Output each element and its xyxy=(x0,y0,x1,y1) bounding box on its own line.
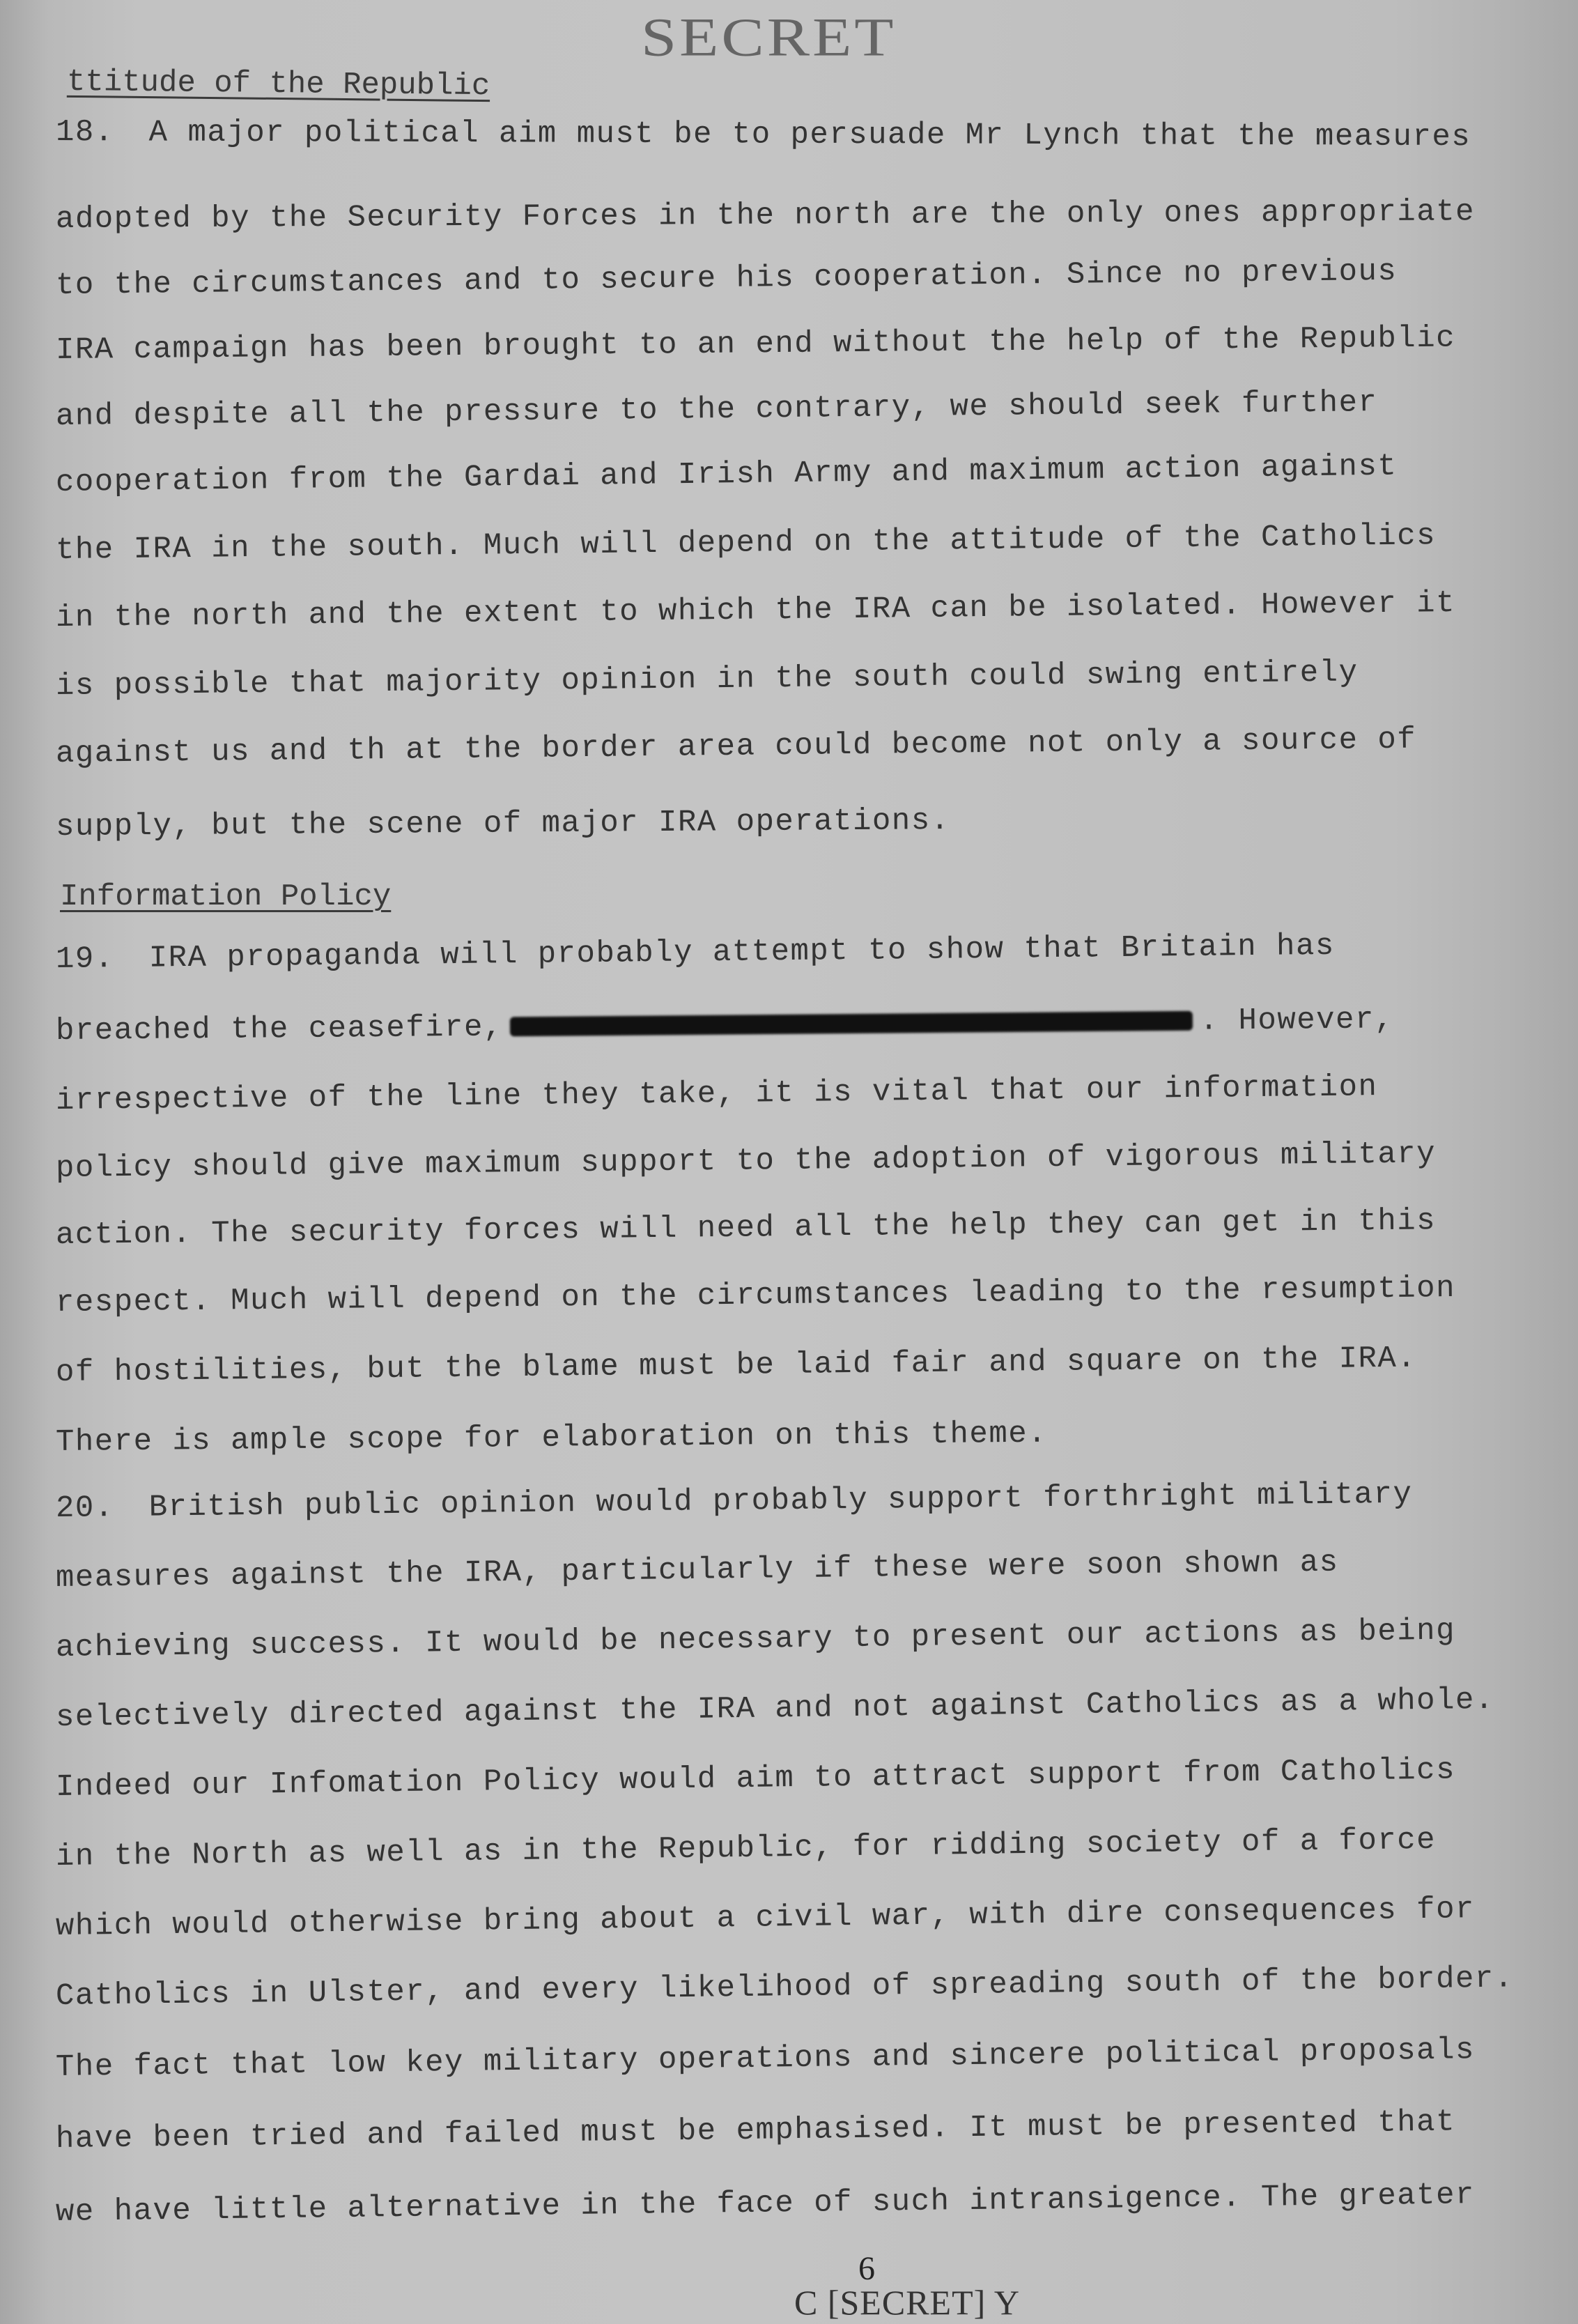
paragraph-18-line-4: IRA campaign has been brought to an end … xyxy=(56,321,1455,368)
paragraph-20-line-1: 20.British public opinion would probably… xyxy=(56,1477,1413,1526)
paragraph-20-line-6: in the North as well as in the Republic,… xyxy=(56,1823,1437,1875)
paragraph-19-line-3: irrespective of the line they take, it i… xyxy=(56,1070,1378,1118)
paragraph-19-line-7: of hostilities, but the blame must be la… xyxy=(56,1341,1417,1390)
paragraph-20-line-3: achieving success. It would be necessary… xyxy=(56,1613,1456,1665)
paragraph-18-line-9: is possible that majority opinion in the… xyxy=(56,655,1359,704)
paragraph-20-line-4: selectively directed against the IRA and… xyxy=(56,1683,1494,1735)
paragraph-19-line-2: breached the ceasefire,. However, xyxy=(56,1002,1394,1049)
classification-stamp-bottom: C [SECRET] Y xyxy=(794,2282,1020,2323)
paragraph-number: 18. xyxy=(56,115,114,150)
paragraph-20-line-11: we have little alternative in the face o… xyxy=(56,2178,1475,2230)
paragraph-18-line-8: in the north and the extent to which the… xyxy=(56,586,1456,636)
section-heading-information-policy: Information Policy xyxy=(60,879,391,914)
paragraph-20-line-2: measures against the IRA, particularly i… xyxy=(56,1546,1339,1596)
paragraph-18-line-1: 18.A major political aim must be to pers… xyxy=(56,115,1471,155)
paragraph-18-line-11: supply, but the scene of major IRA opera… xyxy=(56,803,950,845)
paragraph-20-line-9: The fact that low key military operation… xyxy=(56,2033,1475,2085)
document-page: SECRET ttitude of the Republic 18.A majo… xyxy=(0,0,1578,2324)
paragraph-18-line-2: adopted by the Security Forces in the no… xyxy=(56,194,1475,237)
paragraph-18-line-3: to the circumstances and to secure his c… xyxy=(56,254,1398,303)
paragraph-20-line-7: which would otherwise bring about a civi… xyxy=(56,1892,1475,1944)
paragraph-19-line-4: policy should give maximum support to th… xyxy=(56,1137,1437,1186)
paragraph-19-line-6: respect. Much will depend on the circums… xyxy=(56,1271,1456,1321)
redaction-bar xyxy=(510,1011,1193,1037)
paragraph-number: 20. xyxy=(56,1491,114,1526)
paragraph-19-line-1: 19.IRA propaganda will probably attempt … xyxy=(56,929,1335,977)
paragraph-18-line-10: against us and th at the border area cou… xyxy=(56,723,1417,771)
paragraph-19-line-5: action. The security forces will need al… xyxy=(56,1203,1437,1253)
section-heading-attitude-republic: ttitude of the Republic xyxy=(67,65,490,104)
classification-stamp-top: SECRET xyxy=(641,6,896,68)
paragraph-18-line-5: and despite all the pressure to the cont… xyxy=(56,385,1378,434)
paragraph-18-line-7: the IRA in the south. Much will depend o… xyxy=(56,518,1437,568)
paragraph-20-line-10: have been tried and failed must be empha… xyxy=(56,2104,1456,2157)
paragraph-number: 19. xyxy=(56,941,114,977)
paragraph-18-line-6: cooperation from the Gardai and Irish Ar… xyxy=(56,449,1398,500)
paragraph-20-line-5: Indeed our Infomation Policy would aim t… xyxy=(56,1753,1456,1805)
paragraph-19-line-8: There is ample scope for elaboration on … xyxy=(56,1417,1048,1460)
paragraph-20-line-8: Catholics in Ulster, and every likelihoo… xyxy=(56,1961,1514,2014)
